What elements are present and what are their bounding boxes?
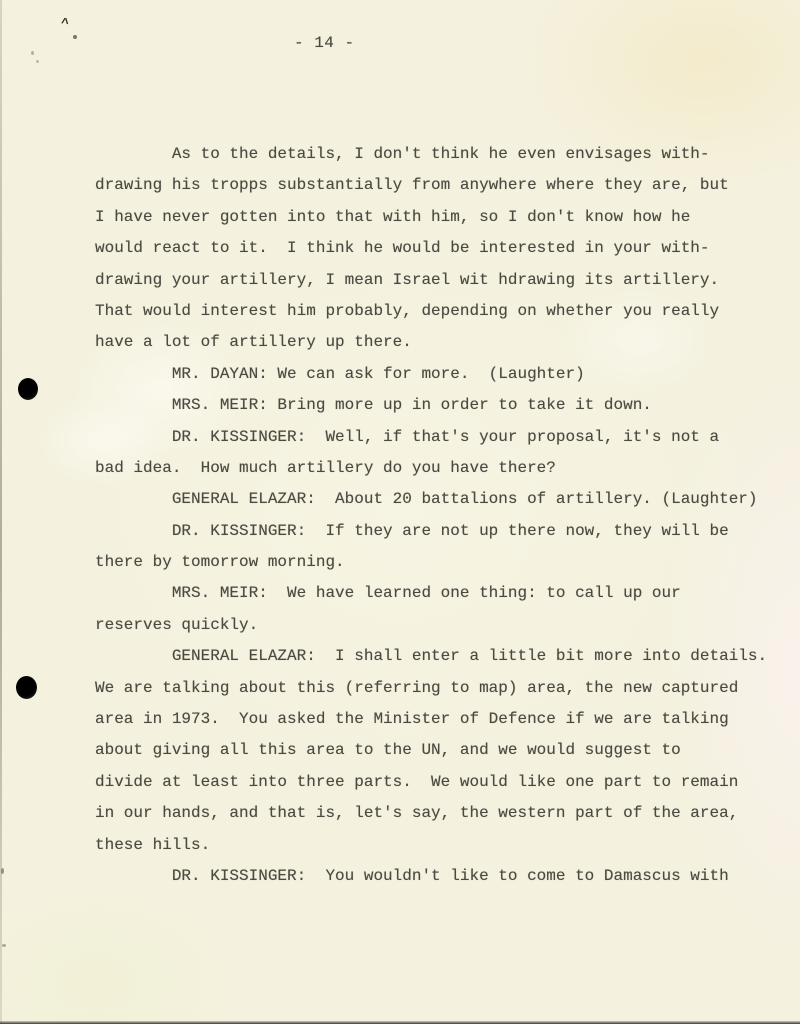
transcript-line: I have never gotten into that with him, …: [95, 202, 767, 233]
transcript-line: there by tomorrow morning.: [95, 547, 767, 578]
transcript-line: MR. DAYAN: We can ask for more. (Laughte…: [95, 359, 767, 390]
transcript-line: GENERAL ELAZAR: I shall enter a little b…: [95, 641, 767, 672]
transcript-text: As to the details, I don't think he even…: [95, 139, 767, 892]
transcript-line: about giving all this area to the UN, an…: [95, 735, 767, 766]
hole-punch-mark-top: [18, 378, 38, 400]
hole-punch-mark-bottom: [16, 676, 37, 699]
transcript-line: reserves quickly.: [95, 610, 767, 641]
transcript-line: GENERAL ELAZAR: About 20 battalions of a…: [95, 484, 767, 515]
transcript-line: DR. KISSINGER: Well, if that's your prop…: [95, 422, 767, 453]
ink-speck: [36, 60, 39, 63]
transcript-line: We are talking about this (referring to …: [95, 673, 767, 704]
page-number: - 14 -: [294, 34, 355, 52]
transcript-line: drawing your artillery, I mean Israel wi…: [95, 265, 767, 296]
transcript-line: would react to it. I think he would be i…: [95, 233, 767, 264]
transcript-line: MRS. MEIR: We have learned one thing: to…: [95, 578, 767, 609]
transcript-line: DR. KISSINGER: If they are not up there …: [95, 516, 767, 547]
ink-speck: [31, 51, 34, 55]
scanned-document-page: ^ - 14 - As to the details, I don't thin…: [0, 0, 800, 1024]
transcript-line: That would interest him probably, depend…: [95, 296, 767, 327]
transcript-line: As to the details, I don't think he even…: [95, 139, 767, 170]
transcript-line: bad idea. How much artillery do you have…: [95, 453, 767, 484]
ink-speck: [73, 35, 77, 39]
transcript-line: area in 1973. You asked the Minister of …: [95, 704, 767, 735]
transcript-line: have a lot of artillery up there.: [95, 327, 767, 358]
transcript-line: drawing his tropps substantially from an…: [95, 170, 767, 201]
transcript-line: divide at least into three parts. We wou…: [95, 767, 767, 798]
transcript-line: these hills.: [95, 830, 767, 861]
ink-speck: [1, 868, 4, 874]
ink-speck: [2, 944, 6, 947]
transcript-line: MRS. MEIR: Bring more up in order to tak…: [95, 390, 767, 421]
transcript-line: in our hands, and that is, let's say, th…: [95, 798, 767, 829]
transcript-line: DR. KISSINGER: You wouldn't like to come…: [95, 861, 767, 892]
caret-pencil-mark: ^: [60, 16, 70, 32]
